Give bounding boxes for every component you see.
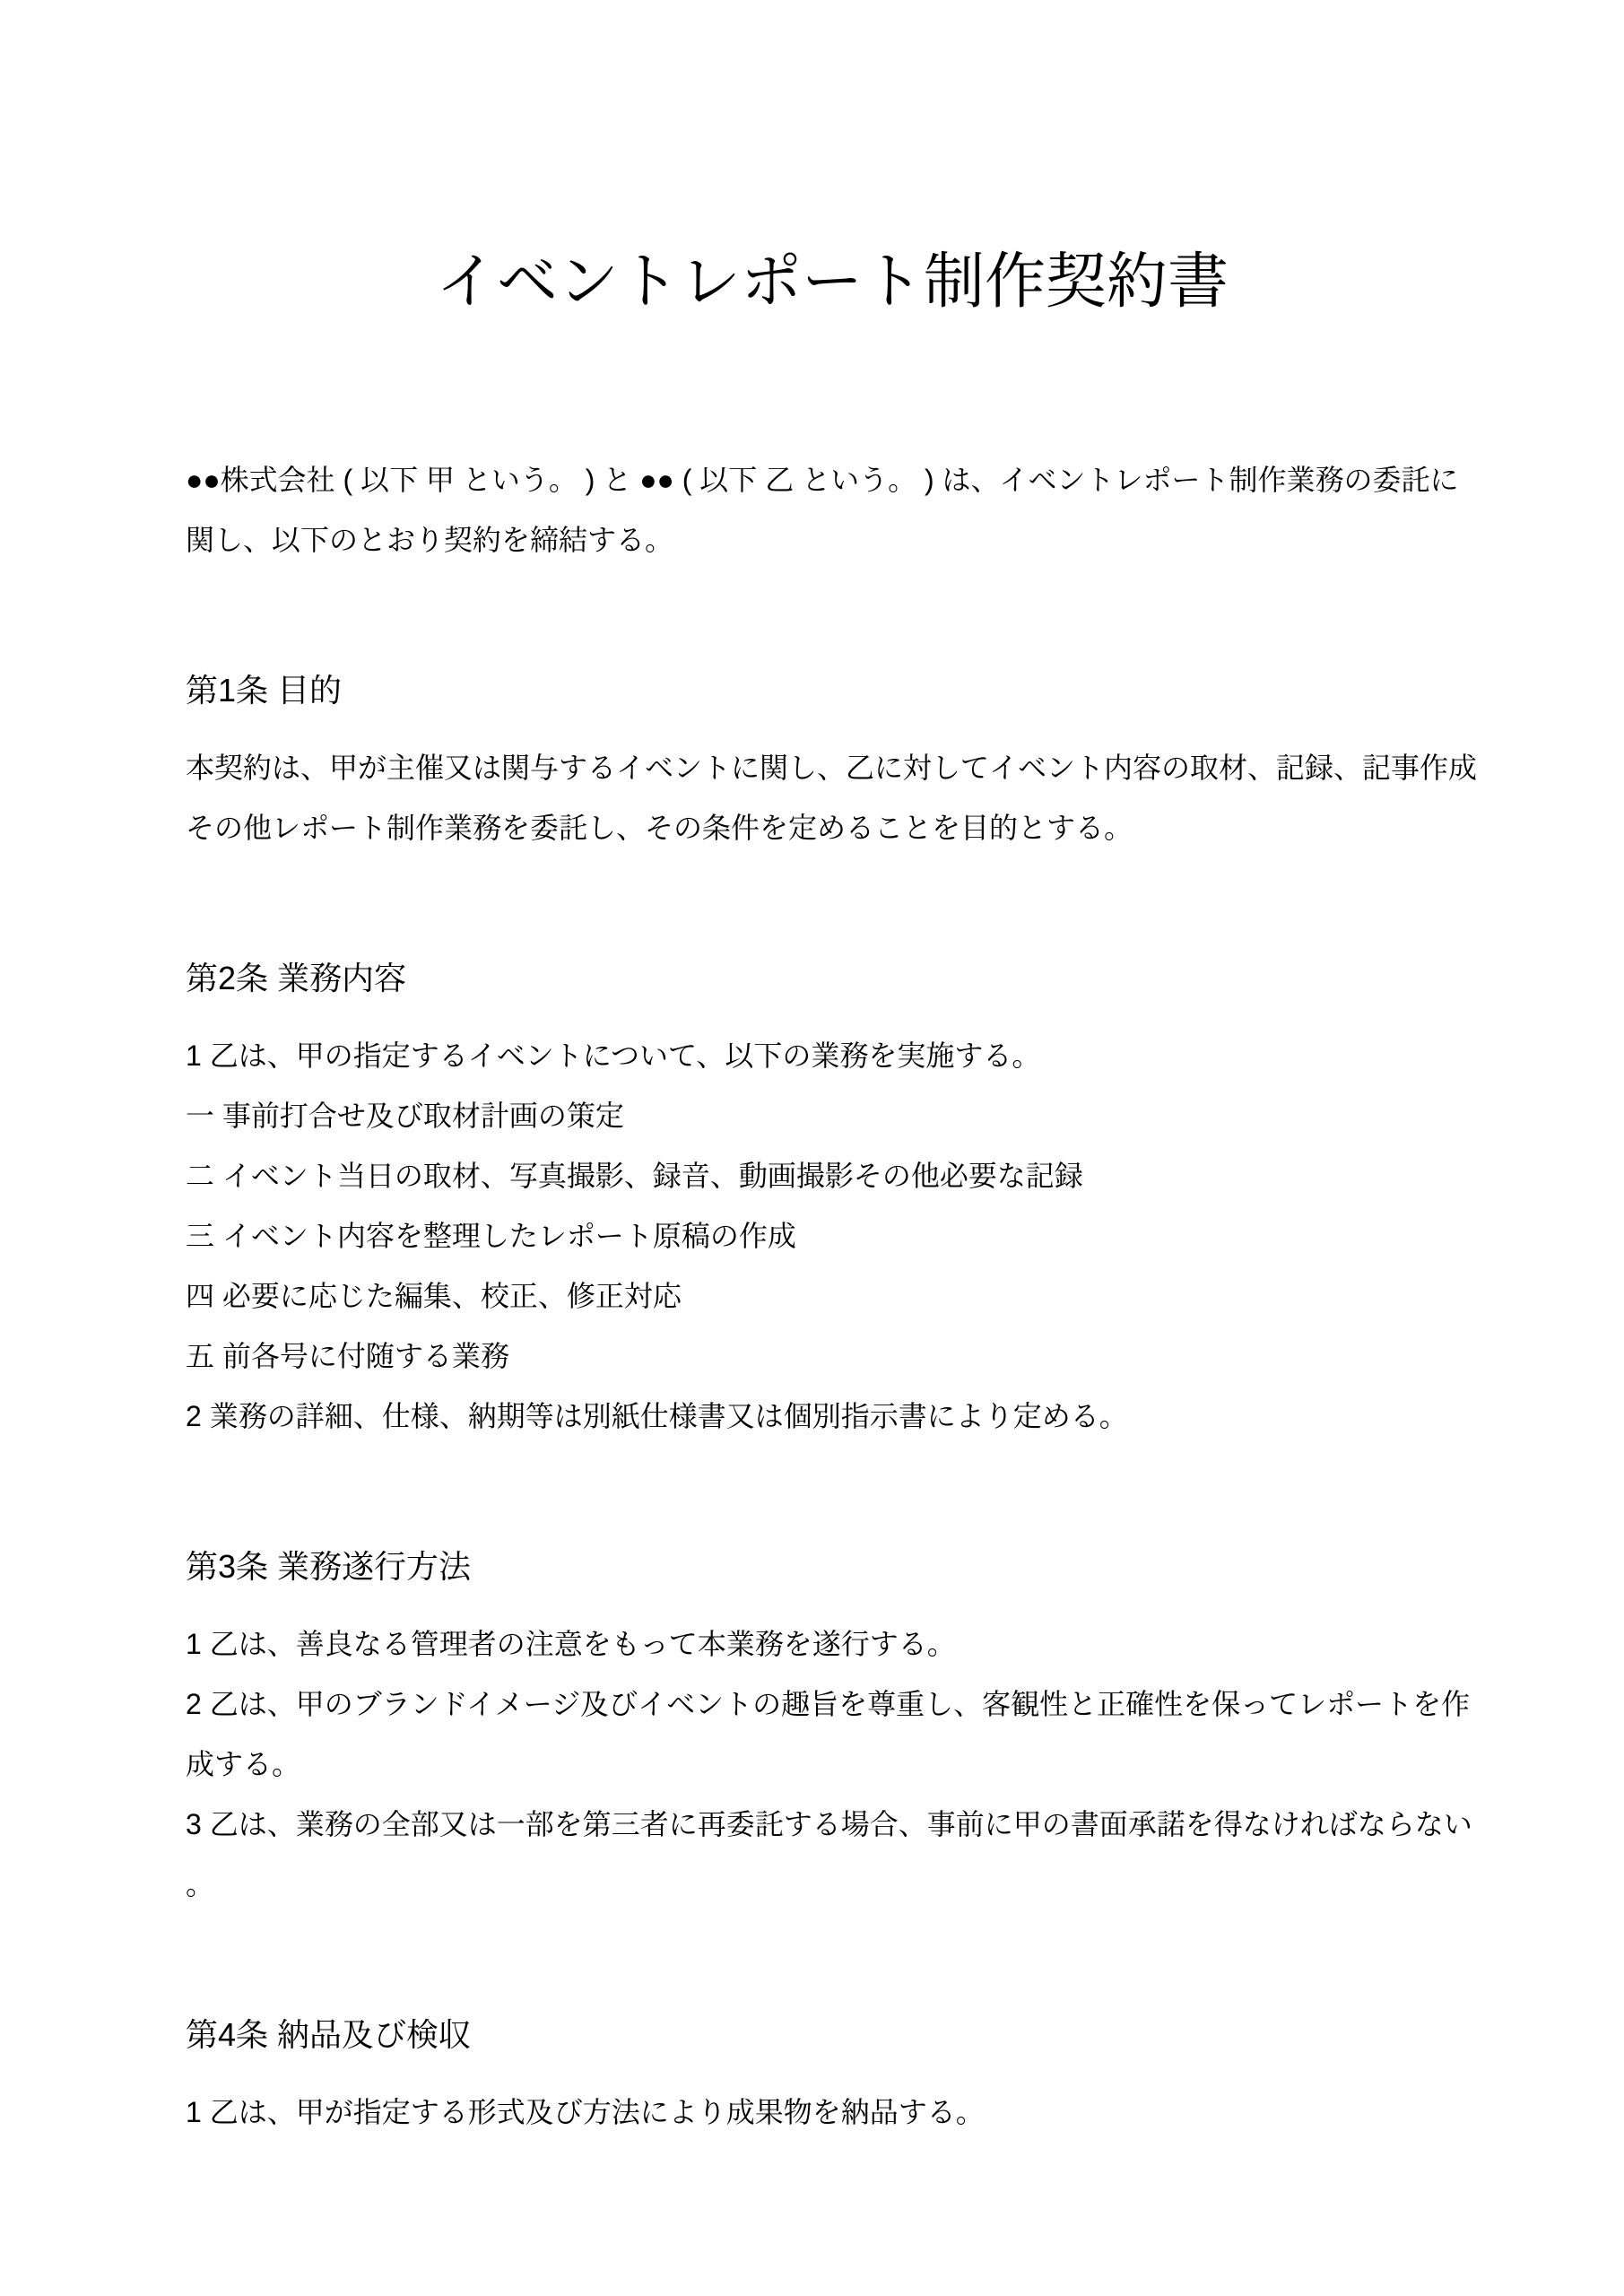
article-2-item-4: 四 必要に応じた編集、校正、修正対応 — [186, 1266, 1479, 1326]
article-2-item-1: 一 事前打合せ及び取材計画の策定 — [186, 1086, 1479, 1146]
article-2: 第2条 業務内容 1 乙は、甲の指定するイベントについて、以下の業務を実施する。… — [186, 948, 1479, 1447]
article-3-clause-3: 3 乙は、業務の全部又は一部を第三者に再委託する場合、事前に甲の書面承諾を得なけ… — [186, 1795, 1479, 1915]
preamble-paragraph: ●●株式会社 ( 以下 甲 という。 ) と ●● ( 以下 乙 という。 ) … — [186, 450, 1479, 570]
article-2-clause-1: 1 乙は、甲の指定するイベントについて、以下の業務を実施する。 — [186, 1026, 1479, 1086]
contract-document-page: イベントレポート制作契約書 ●●株式会社 ( 以下 甲 という。 ) と ●● … — [0, 0, 1624, 2296]
article-1-heading: 第1条 目的 — [186, 660, 1479, 720]
article-2-heading: 第2条 業務内容 — [186, 948, 1479, 1008]
article-3-heading: 第3条 業務遂行方法 — [186, 1536, 1479, 1596]
article-1: 第1条 目的 本契約は、甲が主催又は関与するイベントに関し、乙に対してイベント内… — [186, 660, 1479, 858]
article-3-clause-1: 1 乙は、善良なる管理者の注意をもって本業務を遂行する。 — [186, 1614, 1479, 1674]
article-2-item-5: 五 前各号に付随する業務 — [186, 1326, 1479, 1387]
article-3: 第3条 業務遂行方法 1 乙は、善良なる管理者の注意をもって本業務を遂行する。 … — [186, 1536, 1479, 1915]
article-2-item-2: 二 イベント当日の取材、写真撮影、録音、動画撮影その他必要な記録 — [186, 1146, 1479, 1206]
article-2-clause-2: 2 業務の詳細、仕様、納期等は別紙仕様書又は個別指示書により定める。 — [186, 1387, 1479, 1447]
article-4: 第4条 納品及び検収 1 乙は、甲が指定する形式及び方法により成果物を納品する。 — [186, 2005, 1479, 2143]
article-3-clause-2: 2 乙は、甲のブランドイメージ及びイベントの趣旨を尊重し、客観性と正確性を保って… — [186, 1674, 1479, 1795]
article-2-item-3: 三 イベント内容を整理したレポート原稿の作成 — [186, 1206, 1479, 1266]
document-title: イベントレポート制作契約書 — [186, 244, 1479, 320]
article-4-clause-1: 1 乙は、甲が指定する形式及び方法により成果物を納品する。 — [186, 2083, 1479, 2143]
article-1-paragraph: 本契約は、甲が主催又は関与するイベントに関し、乙に対してイベント内容の取材、記録… — [186, 738, 1479, 858]
article-4-heading: 第4条 納品及び検収 — [186, 2005, 1479, 2065]
